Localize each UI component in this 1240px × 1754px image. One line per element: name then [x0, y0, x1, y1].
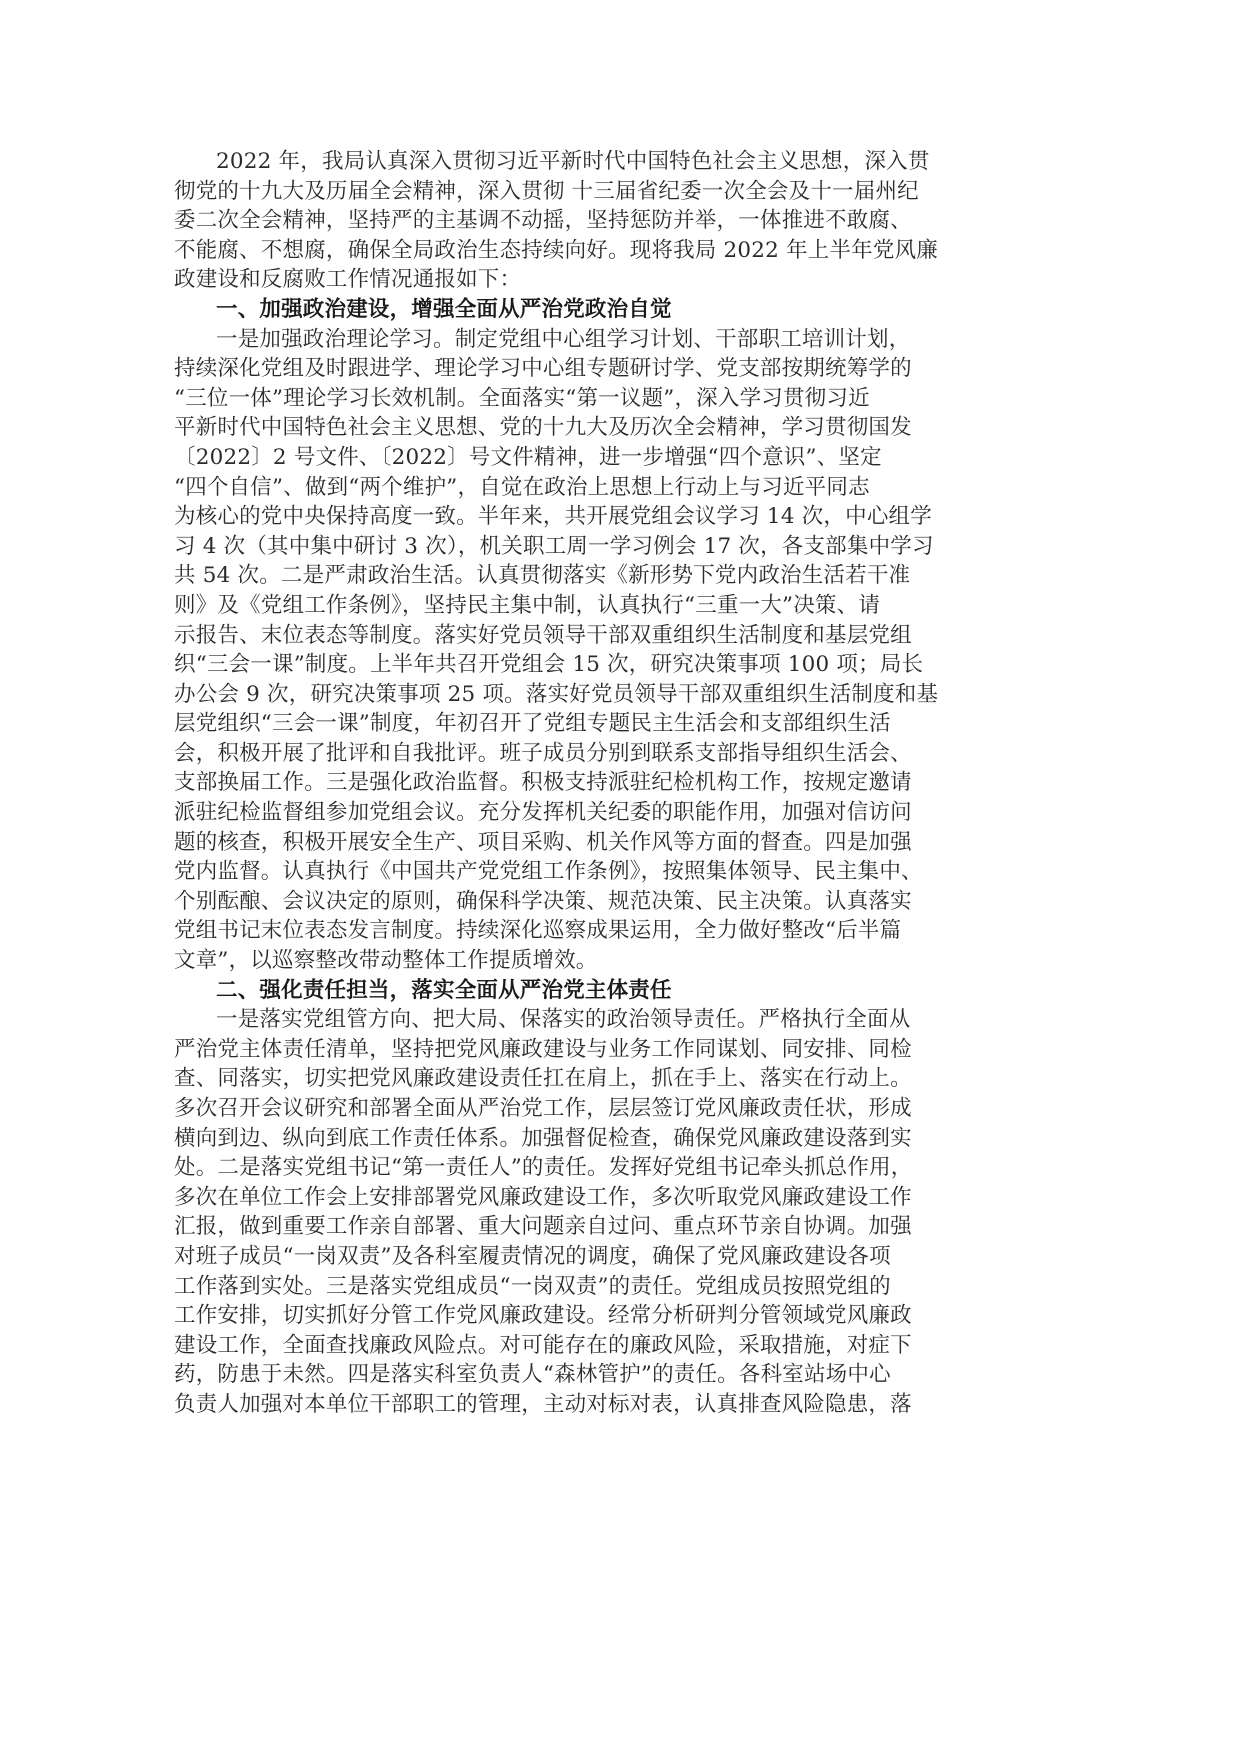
paragraph-line: 派驻纪检监督组参加党组会议。充分发挥机关纪委的职能作用，加强对信访问 [174, 798, 1054, 828]
paragraph-line: 平新时代中国特色社会主义思想、党的十九大及历次全会精神，学习贯彻国发 [174, 413, 1054, 443]
paragraph-line: 文章”，以巡察整改带动整体工作提质增效。 [174, 946, 1054, 976]
paragraph-line: 一是落实党组管方向、把大局、保落实的政治领导责任。严格执行全面从 [174, 1005, 1054, 1035]
paragraph-line: 委二次全会精神，坚持严的主基调不动摇，坚持惩防并举，一体推进不敢腐、 [174, 206, 1054, 236]
paragraph-line: 党组书记末位表态发言制度。持续深化巡察成果运用，全力做好整改“后半篇 [174, 916, 1054, 946]
paragraph-line: 政建设和反腐败工作情况通报如下： [174, 265, 1054, 295]
document-page: 2022 年，我局认真深入贯彻习近平新时代中国特色社会主义思想，深入贯彻党的十九… [174, 147, 1054, 1420]
paragraph-line: 多次在单位工作会上安排部署党风廉政建设工作，多次听取党风廉政建设工作 [174, 1183, 1054, 1213]
paragraph-line: 〔2022〕2 号文件、〔2022〕号文件精神，进一步增强“四个意识”、坚定 [174, 443, 1054, 473]
paragraph-line: “三位一体”理论学习长效机制。全面落实“第一议题”，深入学习贯彻习近 [174, 384, 1054, 414]
paragraph-line: 则》及《党组工作条例》，坚持民主集中制，认真执行“三重一大”决策、请 [174, 591, 1054, 621]
paragraph-line: 示报告、末位表态等制度。落实好党员领导干部双重组织生活制度和基层党组 [174, 621, 1054, 651]
section-heading: 二、强化责任担当，落实全面从严治党主体责任 [174, 976, 1054, 1006]
paragraph-line: 建设工作，全面查找廉政风险点。对可能存在的廉政风险，采取措施，对症下 [174, 1331, 1054, 1361]
paragraph-line: 题的核查，积极开展安全生产、项目采购、机关作风等方面的督查。四是加强 [174, 828, 1054, 858]
paragraph-line: 为核心的党中央保持高度一致。半年来，共开展党组会议学习 14 次，中心组学 [174, 502, 1054, 532]
paragraph-line: 对班子成员“一岗双责”及各科室履责情况的调度，确保了党风廉政建设各项 [174, 1242, 1054, 1272]
paragraph-line: 共 54 次。二是严肃政治生活。认真贯彻落实《新形势下党内政治生活若干准 [174, 561, 1054, 591]
paragraph-line: 横向到边、纵向到底工作责任体系。加强督促检查，确保党风廉政建设落到实 [174, 1124, 1054, 1154]
paragraph-line: 层党组织“三会一课”制度，年初召开了党组专题民主生活会和支部组织生活 [174, 709, 1054, 739]
paragraph-line: 处。二是落实党组书记“第一责任人”的责任。发挥好党组书记牵头抓总作用， [174, 1153, 1054, 1183]
paragraph-line: 个别酝酿、会议决定的原则，确保科学决策、规范决策、民主决策。认真落实 [174, 887, 1054, 917]
paragraph-line: 办公会 9 次，研究决策事项 25 项。落实好党员领导干部双重组织生活制度和基 [174, 680, 1054, 710]
paragraph-line: 工作落到实处。三是落实党组成员“一岗双责”的责任。党组成员按照党组的 [174, 1272, 1054, 1302]
paragraph-line: 党内监督。认真执行《中国共产党党组工作条例》，按照集体领导、民主集中、 [174, 857, 1054, 887]
paragraph-line: 会，积极开展了批评和自我批评。班子成员分别到联系支部指导组织生活会、 [174, 739, 1054, 769]
paragraph-line: 负责人加强对本单位干部职工的管理，主动对标对表，认真排查风险隐患，落 [174, 1390, 1054, 1420]
paragraph-line: 2022 年，我局认真深入贯彻习近平新时代中国特色社会主义思想，深入贯 [174, 147, 1054, 177]
paragraph-line: “四个自信”、做到“两个维护”，自觉在政治上思想上行动上与习近平同志 [174, 473, 1054, 503]
paragraph-line: 查、同落实，切实把党风廉政建设责任扛在肩上，抓在手上、落实在行动上。 [174, 1064, 1054, 1094]
section-heading: 一、加强政治建设，增强全面从严治党政治自觉 [174, 295, 1054, 325]
paragraph-line: 一是加强政治理论学习。制定党组中心组学习计划、干部职工培训计划， [174, 325, 1054, 355]
paragraph-line: 习 4 次（其中集中研讨 3 次），机关职工周一学习例会 17 次，各支部集中学… [174, 532, 1054, 562]
paragraph-line: 汇报，做到重要工作亲自部署、重大问题亲自过问、重点环节亲自协调。加强 [174, 1212, 1054, 1242]
paragraph-line: 多次召开会议研究和部署全面从严治党工作，层层签订党风廉政责任状，形成 [174, 1094, 1054, 1124]
paragraph-line: 严治党主体责任清单，坚持把党风廉政建设与业务工作同谋划、同安排、同检 [174, 1035, 1054, 1065]
paragraph-line: 药，防患于未然。四是落实科室负责人“森林管护”的责任。各科室站场中心 [174, 1360, 1054, 1390]
paragraph-line: 织“三会一课”制度。上半年共召开党组会 15 次，研究决策事项 100 项；局长 [174, 650, 1054, 680]
paragraph-line: 工作安排，切实抓好分管工作党风廉政建设。经常分析研判分管领域党风廉政 [174, 1301, 1054, 1331]
paragraph-line: 彻党的十九大及历届全会精神，深入贯彻 十三届省纪委一次全会及十一届州纪 [174, 177, 1054, 207]
paragraph-line: 不能腐、不想腐，确保全局政治生态持续向好。现将我局 2022 年上半年党风廉 [174, 236, 1054, 266]
paragraph-line: 支部换届工作。三是强化政治监督。积极支持派驻纪检机构工作，按规定邀请 [174, 768, 1054, 798]
paragraph-line: 持续深化党组及时跟进学、理论学习中心组专题研讨学、党支部按期统筹学的 [174, 354, 1054, 384]
